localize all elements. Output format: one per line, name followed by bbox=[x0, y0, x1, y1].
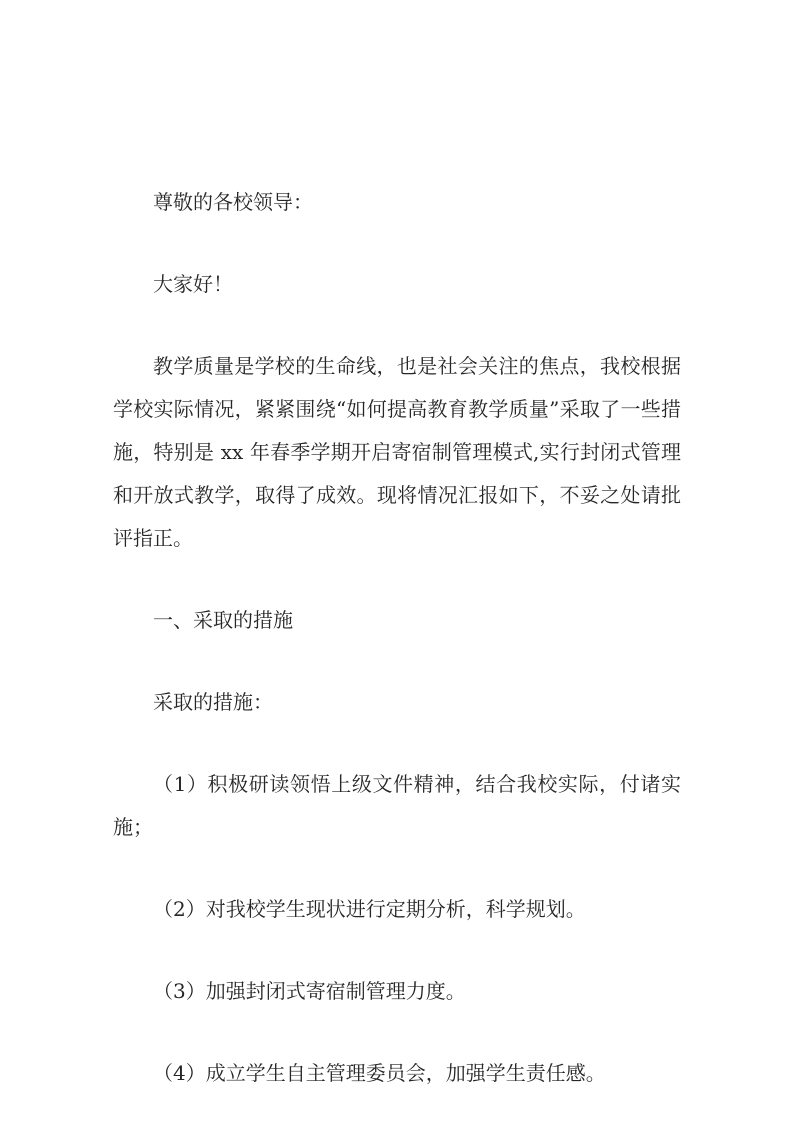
document-page: 尊敬的各校领导： 大家好！ 教学质量是学校的生命线，也是社会关注的焦点，我校根据… bbox=[0, 0, 793, 1122]
measure-item-4: （4）成立学生自主管理委员会，加强学生责任感。 bbox=[113, 1052, 681, 1095]
measure-item-3: （3）加强封闭式寄宿制管理力度。 bbox=[113, 970, 681, 1013]
salutation-line: 尊敬的各校领导： bbox=[113, 181, 681, 224]
measure-item-2: （2）对我校学生现状进行定期分析，科学规划。 bbox=[113, 888, 681, 931]
greeting-line: 大家好！ bbox=[113, 263, 681, 306]
measure-item-1: （1）积极研读领悟上级文件精神，结合我校实际，付诸实施； bbox=[113, 763, 681, 849]
measures-label: 采取的措施： bbox=[113, 681, 681, 724]
intro-paragraph: 教学质量是学校的生命线，也是社会关注的焦点，我校根据学校实际情况，紧紧围绕“如何… bbox=[113, 345, 681, 560]
section-1-heading: 一、采取的措施 bbox=[113, 599, 681, 642]
